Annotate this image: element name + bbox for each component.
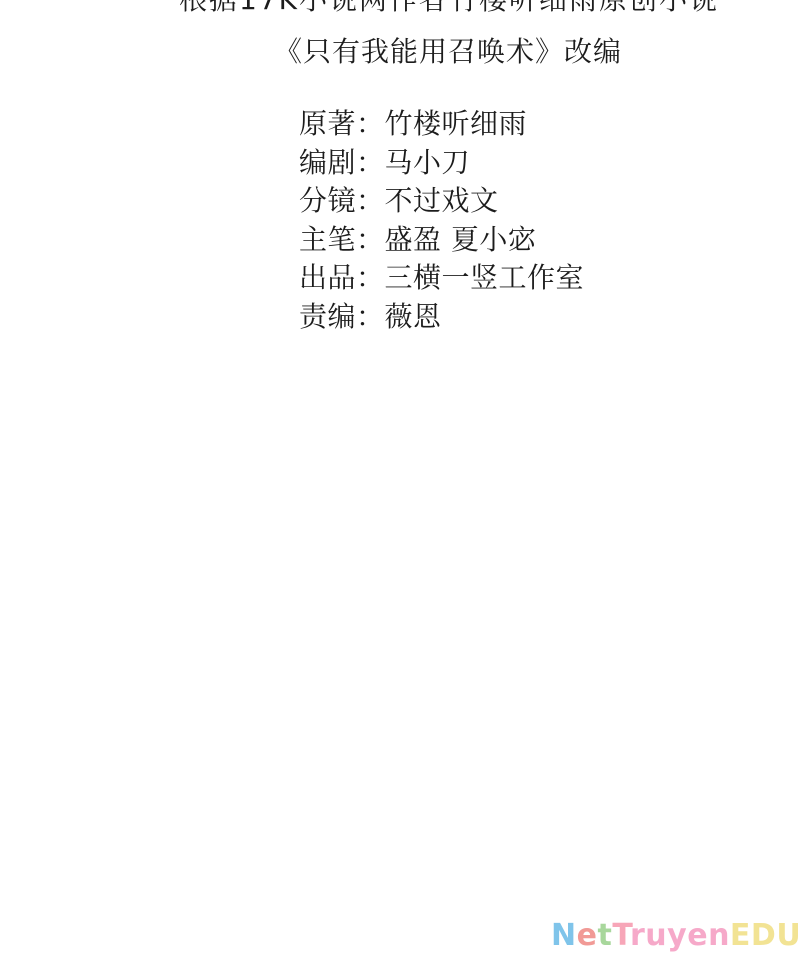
watermark-letter: r [630,918,645,953]
watermark-letter: N [551,918,577,953]
watermark-letter: D [751,918,776,953]
watermark-letter: e [577,918,598,953]
credit-value: 竹楼听细雨 [385,107,528,140]
credit-value: 三横一竖工作室 [385,261,585,294]
credit-label: 责编 [299,300,356,333]
source-note-line: 根据17K小说网作者竹楼听细雨原创小说 [179,0,719,14]
watermark-letter: E [730,918,751,953]
adaptation-title: 《只有我能用召唤术》改编 [274,36,622,68]
credit-label: 出品 [299,261,356,294]
credit-label: 分镜 [299,184,356,217]
credit-separator: ： [356,261,385,294]
watermark-letter: y [667,918,687,953]
watermark-letter: e [687,918,708,953]
watermark-letter: U [776,918,800,953]
credit-line-original-author: 原著：竹楼听细雨 [299,105,584,144]
comic-credits-page: 根据17K小说网作者竹楼听细雨原创小说 《只有我能用召唤术》改编 原著：竹楼听细… [0,0,800,960]
watermark-letter: n [708,918,730,953]
credit-line-lead-artist: 主笔：盛盈 夏小宓 [299,221,584,260]
credit-value: 薇恩 [385,300,442,333]
credit-separator: ： [356,146,385,179]
credit-value: 马小刀 [385,146,471,179]
credit-label: 编剧 [299,146,356,179]
credit-label: 原著 [299,107,356,140]
credit-line-storyboard: 分镜：不过戏文 [299,182,584,221]
watermark-letter: T [612,918,630,953]
credit-label: 主笔 [299,223,356,256]
credits-block: 原著：竹楼听细雨 编剧：马小刀 分镜：不过戏文 主笔：盛盈 夏小宓 出品：三横一… [299,105,584,336]
credit-value: 不过戏文 [385,184,499,217]
credit-line-editor: 责编：薇恩 [299,298,584,337]
credit-line-screenwriter: 编剧：马小刀 [299,144,584,183]
site-watermark: NetTruyenEDU [551,918,800,954]
credit-separator: ： [356,223,385,256]
credit-separator: ： [356,107,385,140]
watermark-letter: t [597,918,612,953]
credit-separator: ： [356,300,385,333]
credit-line-producer: 出品：三横一竖工作室 [299,259,584,298]
watermark-letter: u [645,918,667,953]
credit-separator: ： [356,184,385,217]
credit-value: 盛盈 夏小宓 [385,223,537,256]
